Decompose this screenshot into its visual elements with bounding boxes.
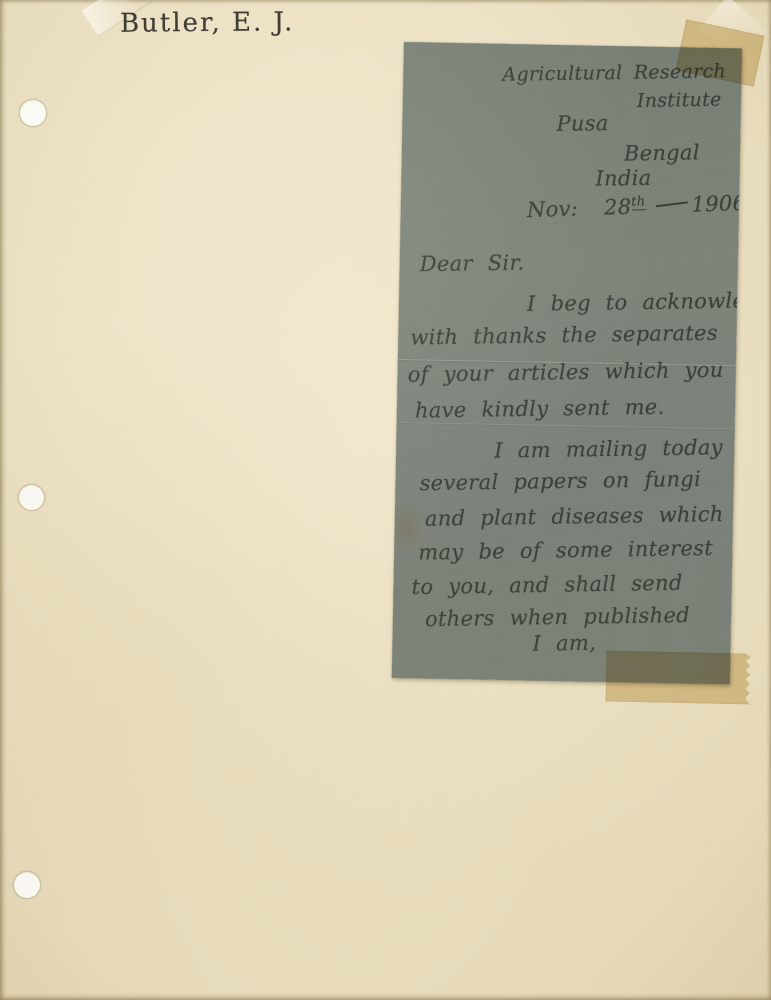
- salutation: Dear Sir.: [420, 251, 525, 277]
- letter-crease: [397, 422, 735, 429]
- body-line: with thanks the separates: [410, 321, 718, 350]
- body-line: I beg to acknowledge: [527, 288, 742, 316]
- letter-date: Nov:28th1906: [527, 191, 742, 222]
- body-line: I am mailing today: [494, 435, 723, 463]
- punch-hole: [14, 872, 40, 898]
- punch-hole: [20, 100, 46, 126]
- date-ordinal: th: [631, 194, 646, 210]
- letterhead-place-india: India: [595, 166, 651, 191]
- date-day: 28: [604, 195, 632, 220]
- punch-hole: [19, 485, 44, 510]
- date-gap: [578, 215, 604, 216]
- body-line: may be of some interest: [418, 536, 713, 565]
- date-year: 1906: [691, 191, 742, 217]
- body-line: several papers on fungi: [419, 467, 701, 495]
- letterhead-place-bengal: Bengal: [624, 140, 700, 165]
- body-line: others when published: [425, 603, 690, 631]
- body-line: have kindly sent me.: [415, 395, 665, 423]
- date-flourish: [656, 201, 688, 207]
- archivist-label: Butler, E. J.: [120, 7, 295, 39]
- body-line: and plant diseases which: [425, 502, 724, 531]
- album-page: Butler, E. J. Agricultural Research Inst…: [0, 0, 771, 1000]
- body-line: to you, and shall send: [411, 571, 682, 599]
- body-line: of your articles which you: [408, 358, 724, 387]
- tape-bottom: [605, 650, 750, 704]
- letterhead-org-line2: Institute: [637, 89, 722, 112]
- letter-paper: Agricultural Research Institute Pusa Ben…: [392, 42, 742, 684]
- closing: I am,: [532, 631, 596, 656]
- letterhead-place-pusa: Pusa: [556, 111, 609, 136]
- date-month: Nov:: [527, 196, 579, 222]
